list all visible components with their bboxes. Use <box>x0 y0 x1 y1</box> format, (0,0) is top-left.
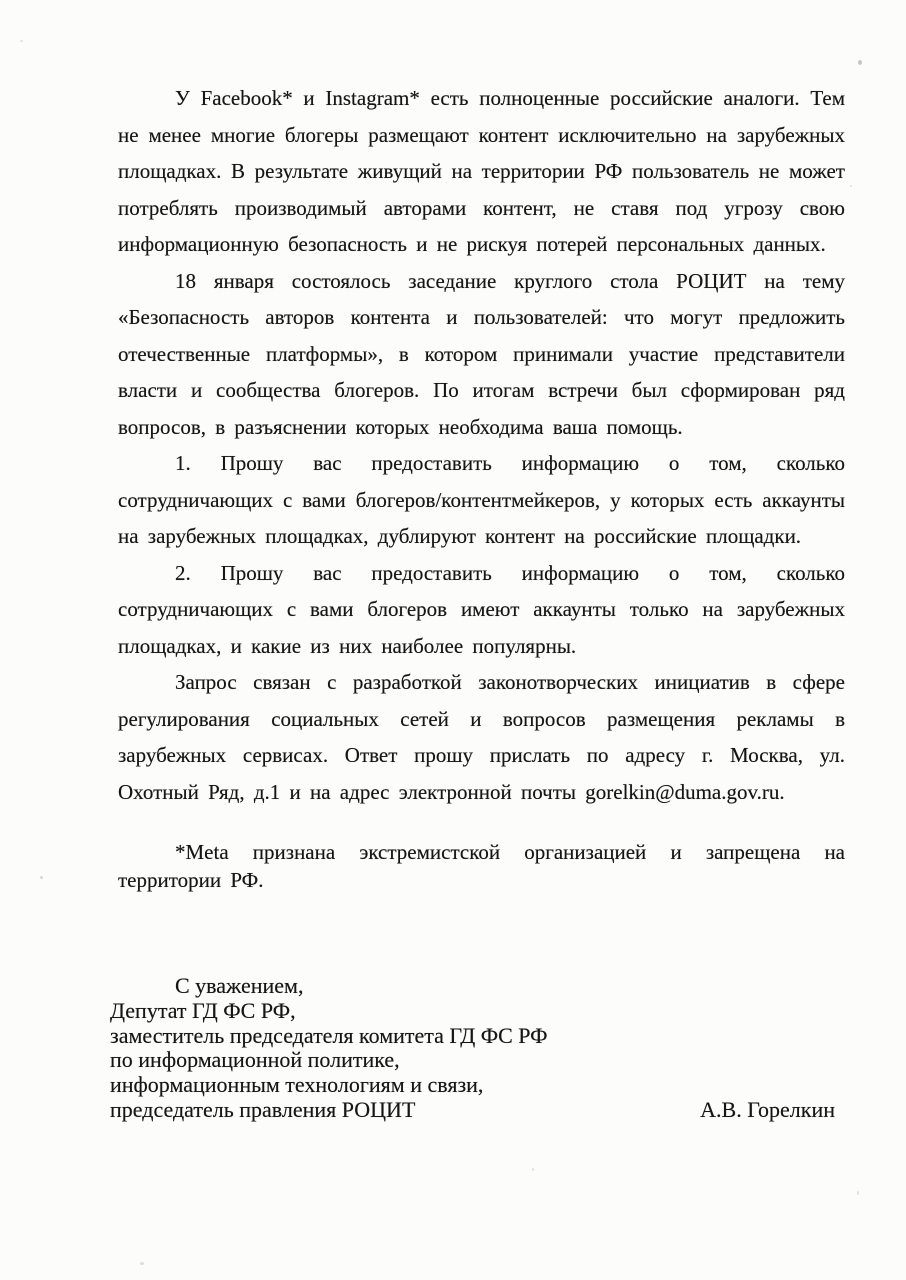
scan-speck <box>140 1262 144 1265</box>
letter-body: У Facebook* и Instagram* есть полноценны… <box>118 80 845 810</box>
signature-block: С уважением, Депутат ГД ФС РФ, заместите… <box>110 974 835 1123</box>
request-item-2: 2. Прошу вас предоставить информацию о т… <box>118 555 845 665</box>
signature-last-row: председатель правления РОЦИТ А.В. Горелк… <box>110 1098 835 1123</box>
closing-paragraph: Запрос связан с разработкой законотворче… <box>118 664 845 810</box>
signature-salutation: С уважением, <box>110 974 835 999</box>
roundtable-paragraph: 18 января состоялось заседание круглого … <box>118 263 845 446</box>
request-item-1: 1. Прошу вас предоставить информацию о т… <box>118 445 845 555</box>
signatory-name: А.В. Горелкин <box>700 1098 835 1123</box>
signature-title-3: по информационной политике, <box>110 1048 835 1073</box>
scan-speck <box>857 1191 859 1195</box>
scan-speck <box>20 40 23 42</box>
scan-speck <box>850 185 852 187</box>
signature-title-5: председатель правления РОЦИТ <box>110 1098 415 1123</box>
signature-title-2: заместитель председателя комитета ГД ФС … <box>110 1024 835 1049</box>
intro-paragraph: У Facebook* и Instagram* есть полноценны… <box>118 80 845 263</box>
signature-title-4: информационным технологиям и связи, <box>110 1073 835 1098</box>
meta-footnote: *Meta признана экстремистской организаци… <box>118 838 845 894</box>
scan-speck <box>40 876 43 879</box>
signature-title-1: Депутат ГД ФС РФ, <box>110 999 835 1024</box>
scanned-letter-page: У Facebook* и Instagram* есть полноценны… <box>0 0 906 1280</box>
scan-speck <box>532 1168 534 1171</box>
scan-speck <box>858 60 862 65</box>
